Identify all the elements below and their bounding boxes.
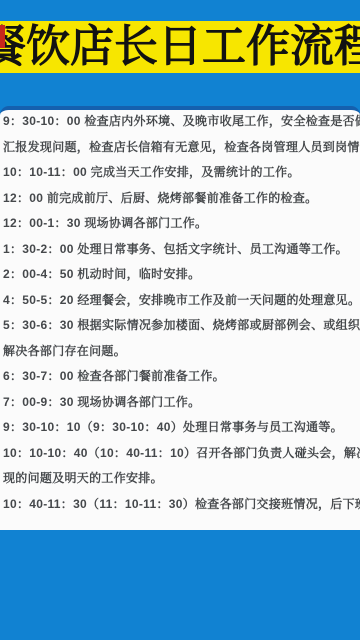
schedule-line: 12：00 前完成前厅、后厨、烧烤部餐前准备工作的检查。 [0,185,360,211]
schedule-line: 4：50-5：20 经理餐会，安排晚市工作及前一天问题的处理意见。 [0,287,360,313]
schedule-line: 现的问题及明天的工作安排。 [0,465,360,491]
schedule-list: 9：30-10：00 检查店内外环境、及晚市收尾工作，安全检查是否做到，查阅 汇… [0,108,360,516]
title-band: 餐饮店长日工作流程 [0,21,360,73]
schedule-line: 10：40-11：30（11：10-11：30）检查各部门交接班情况，后下班。 [0,491,360,517]
schedule-line: 汇报发现问题，检查店长信箱有无意见，检查各岗管理人员到岗情况 [0,134,360,160]
schedule-line: 7：00-9：30 现场协调各部门工作。 [0,389,360,415]
schedule-line: 9：30-10：10（9：30-10：40）处理日常事务与员工沟通等。 [0,414,360,440]
schedule-line: 5：30-6：30 根据实际情况参加楼面、烧烤部或厨部例会、或组织全体员工 [0,312,360,338]
poster-page: 餐饮店长日工作流程 9：30-10：00 检查店内外环境、及晚市收尾工作，安全检… [0,0,360,640]
schedule-line: 9：30-10：00 检查店内外环境、及晚市收尾工作，安全检查是否做到，查阅 [0,108,360,134]
schedule-line: 6：30-7：00 检查各部门餐前准备工作。 [0,363,360,389]
schedule-line: 10：10-11：00 完成当天工作安排，及需统计的工作。 [0,159,360,185]
page-title: 餐饮店长日工作流程 [0,21,360,73]
schedule-line: 解决各部门存在问题。 [0,338,360,364]
schedule-line: 12：00-1：30 现场协调各部门工作。 [0,210,360,236]
red-edge-decoration [0,25,5,48]
footer-background [0,530,360,640]
schedule-line: 10：10-10：40（10：40-11：10）召开各部门负责人碰头会，解决当天… [0,440,360,466]
schedule-line: 2：00-4：50 机动时间，临时安排。 [0,261,360,287]
schedule-line: 1：30-2：00 处理日常事务、包括文字统计、员工沟通等工作。 [0,236,360,262]
